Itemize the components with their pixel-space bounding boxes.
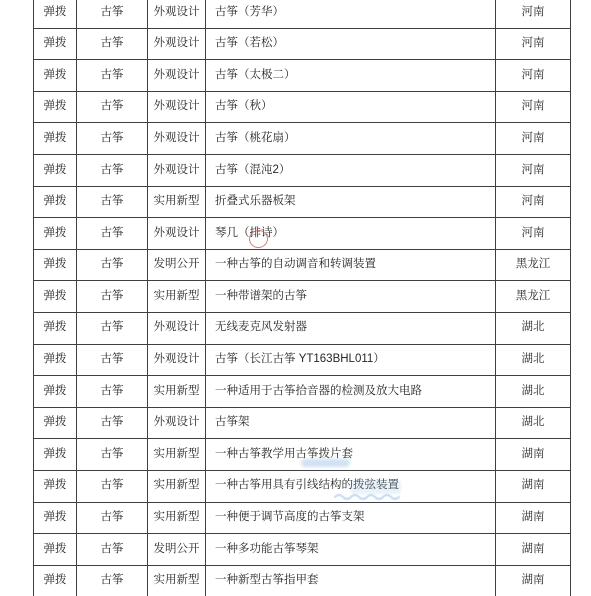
- cell-patent-name: 无线麦克风发射器: [206, 312, 496, 344]
- cell-category: 弹拨: [34, 439, 77, 471]
- cell-patent-type: 发明公开: [148, 249, 206, 281]
- cell-category: 弹拨: [34, 123, 77, 155]
- cell-province: 湖南: [496, 565, 571, 596]
- cell-instrument: 古筝: [77, 91, 148, 123]
- cell-instrument: 古筝: [77, 28, 148, 60]
- cell-patent-name: 古筝（芳华）: [206, 0, 496, 28]
- cell-patent-type: 发明公开: [148, 534, 206, 566]
- patent-table-container: 弹拨 古筝 外观设计 古筝（芳华） 河南 弹拨 古筝 外观设计 古筝（若松） 河…: [33, 0, 570, 596]
- cell-province: 湖北: [496, 312, 571, 344]
- table-row: 弹拨 古筝 实用新型 一种带谱架的古筝 黑龙江: [34, 281, 571, 313]
- cell-province: 河南: [496, 0, 571, 28]
- cell-instrument: 古筝: [77, 502, 148, 534]
- cell-province: 湖北: [496, 344, 571, 376]
- cell-instrument: 古筝: [77, 312, 148, 344]
- table-row: 弹拨 古筝 外观设计 古筝（混沌2） 河南: [34, 154, 571, 186]
- cell-instrument: 古筝: [77, 439, 148, 471]
- table-row: 弹拨 古筝 实用新型 一种古筝教学用古筝拨片套 湖南: [34, 439, 571, 471]
- cell-category: 弹拨: [34, 60, 77, 92]
- table-row: 弹拨 古筝 实用新型 一种新型古筝指甲套 湖南: [34, 565, 571, 596]
- cell-patent-type: 外观设计: [148, 0, 206, 28]
- cell-instrument: 古筝: [77, 186, 148, 218]
- cell-patent-type: 外观设计: [148, 154, 206, 186]
- cell-patent-name: 一种带谱架的古筝: [206, 281, 496, 313]
- cell-patent-type: 外观设计: [148, 123, 206, 155]
- cell-patent-type: 实用新型: [148, 565, 206, 596]
- cell-patent-type: 外观设计: [148, 344, 206, 376]
- cell-category: 弹拨: [34, 154, 77, 186]
- cell-category: 弹拨: [34, 565, 77, 596]
- cell-patent-name: 古筝（秋）: [206, 91, 496, 123]
- table-row: 弹拨 古筝 实用新型 一种便于调节高度的古筝支架 湖南: [34, 502, 571, 534]
- cell-instrument: 古筝: [77, 154, 148, 186]
- cell-category: 弹拨: [34, 502, 77, 534]
- cell-instrument: 古筝: [77, 407, 148, 439]
- patent-table-page: { "page": { "background": "#ffffff" }, "…: [0, 0, 591, 596]
- cell-patent-type: 实用新型: [148, 502, 206, 534]
- cell-patent-type: 外观设计: [148, 312, 206, 344]
- cell-patent-name: 一种便于调节高度的古筝支架: [206, 502, 496, 534]
- cell-patent-type: 外观设计: [148, 91, 206, 123]
- cell-province: 湖南: [496, 502, 571, 534]
- cell-province: 河南: [496, 154, 571, 186]
- table-row: 弹拨 古筝 外观设计 古筝（若松） 河南: [34, 28, 571, 60]
- cell-category: 弹拨: [34, 249, 77, 281]
- cell-category: 弹拨: [34, 312, 77, 344]
- table-row: 弹拨 古筝 外观设计 古筝架 湖北: [34, 407, 571, 439]
- cell-category: 弹拨: [34, 0, 77, 28]
- cell-instrument: 古筝: [77, 281, 148, 313]
- cell-province: 湖北: [496, 407, 571, 439]
- cell-province: 黑龙江: [496, 281, 571, 313]
- cell-category: 弹拨: [34, 344, 77, 376]
- cell-instrument: 古筝: [77, 565, 148, 596]
- cell-category: 弹拨: [34, 470, 77, 502]
- cell-province: 河南: [496, 218, 571, 250]
- cell-patent-type: 实用新型: [148, 439, 206, 471]
- cell-category: 弹拨: [34, 281, 77, 313]
- cell-patent-name: 一种古筝教学用古筝拨片套: [206, 439, 496, 471]
- cell-category: 弹拨: [34, 218, 77, 250]
- table-row: 弹拨 古筝 实用新型 一种古筝用具有引线结构的拨弦装置 湖南: [34, 470, 571, 502]
- cell-province: 河南: [496, 186, 571, 218]
- cell-province: 河南: [496, 123, 571, 155]
- table-row: 弹拨 古筝 外观设计 古筝（芳华） 河南: [34, 0, 571, 28]
- table-row: 弹拨 古筝 外观设计 古筝（桃花扇） 河南: [34, 123, 571, 155]
- cell-category: 弹拨: [34, 376, 77, 408]
- cell-category: 弹拨: [34, 91, 77, 123]
- cell-patent-name: 一种古筝的自动调音和转调装置: [206, 249, 496, 281]
- patent-table-body: 弹拨 古筝 外观设计 古筝（芳华） 河南 弹拨 古筝 外观设计 古筝（若松） 河…: [34, 0, 571, 596]
- cell-instrument: 古筝: [77, 249, 148, 281]
- table-row: 弹拨 古筝 发明公开 一种多功能古筝琴架 湖南: [34, 534, 571, 566]
- cell-patent-name: 折叠式乐器板架: [206, 186, 496, 218]
- cell-instrument: 古筝: [77, 60, 148, 92]
- cell-province: 河南: [496, 28, 571, 60]
- table-row: 弹拨 古筝 外观设计 无线麦克风发射器 湖北: [34, 312, 571, 344]
- cell-patent-name: 古筝（若松）: [206, 28, 496, 60]
- cell-province: 湖南: [496, 534, 571, 566]
- cell-patent-name: 一种适用于古筝拾音器的检测及放大电路: [206, 376, 496, 408]
- cell-instrument: 古筝: [77, 344, 148, 376]
- cell-patent-name: 古筝（桃花扇）: [206, 123, 496, 155]
- table-row: 弹拨 古筝 外观设计 古筝（太极二） 河南: [34, 60, 571, 92]
- cell-patent-type: 实用新型: [148, 281, 206, 313]
- cell-province: 黑龙江: [496, 249, 571, 281]
- cell-instrument: 古筝: [77, 470, 148, 502]
- table-row: 弹拨 古筝 外观设计 古筝（长江古筝 YT163BHL011） 湖北: [34, 344, 571, 376]
- cell-instrument: 古筝: [77, 218, 148, 250]
- table-row: 弹拨 古筝 外观设计 琴几（排诗） 河南: [34, 218, 571, 250]
- cell-patent-type: 外观设计: [148, 407, 206, 439]
- cell-patent-name: 古筝（太极二）: [206, 60, 496, 92]
- cell-patent-name: 古筝（混沌2）: [206, 154, 496, 186]
- cell-province: 湖南: [496, 439, 571, 471]
- cell-patent-type: 实用新型: [148, 470, 206, 502]
- cell-province: 湖北: [496, 376, 571, 408]
- table-row: 弹拨 古筝 实用新型 折叠式乐器板架 河南: [34, 186, 571, 218]
- cell-patent-name: 古筝（长江古筝 YT163BHL011）: [206, 344, 496, 376]
- cell-category: 弹拨: [34, 534, 77, 566]
- cell-patent-type: 外观设计: [148, 28, 206, 60]
- cell-patent-name: 琴几（排诗）: [206, 218, 496, 250]
- cell-patent-name: 一种古筝用具有引线结构的拨弦装置: [206, 470, 496, 502]
- cell-patent-name: 一种多功能古筝琴架: [206, 534, 496, 566]
- cell-instrument: 古筝: [77, 0, 148, 28]
- cell-instrument: 古筝: [77, 123, 148, 155]
- cell-patent-type: 外观设计: [148, 60, 206, 92]
- cell-patent-type: 外观设计: [148, 218, 206, 250]
- cell-instrument: 古筝: [77, 376, 148, 408]
- table-row: 弹拨 古筝 外观设计 古筝（秋） 河南: [34, 91, 571, 123]
- cell-category: 弹拨: [34, 28, 77, 60]
- cell-patent-name: 古筝架: [206, 407, 496, 439]
- cell-province: 河南: [496, 60, 571, 92]
- cell-province: 湖南: [496, 470, 571, 502]
- cell-category: 弹拨: [34, 186, 77, 218]
- cell-patent-name: 一种新型古筝指甲套: [206, 565, 496, 596]
- cell-province: 河南: [496, 91, 571, 123]
- cell-patent-type: 实用新型: [148, 186, 206, 218]
- table-row: 弹拨 古筝 发明公开 一种古筝的自动调音和转调装置 黑龙江: [34, 249, 571, 281]
- cell-patent-type: 实用新型: [148, 376, 206, 408]
- table-row: 弹拨 古筝 实用新型 一种适用于古筝拾音器的检测及放大电路 湖北: [34, 376, 571, 408]
- patent-table: 弹拨 古筝 外观设计 古筝（芳华） 河南 弹拨 古筝 外观设计 古筝（若松） 河…: [33, 0, 571, 596]
- cell-instrument: 古筝: [77, 534, 148, 566]
- cell-category: 弹拨: [34, 407, 77, 439]
